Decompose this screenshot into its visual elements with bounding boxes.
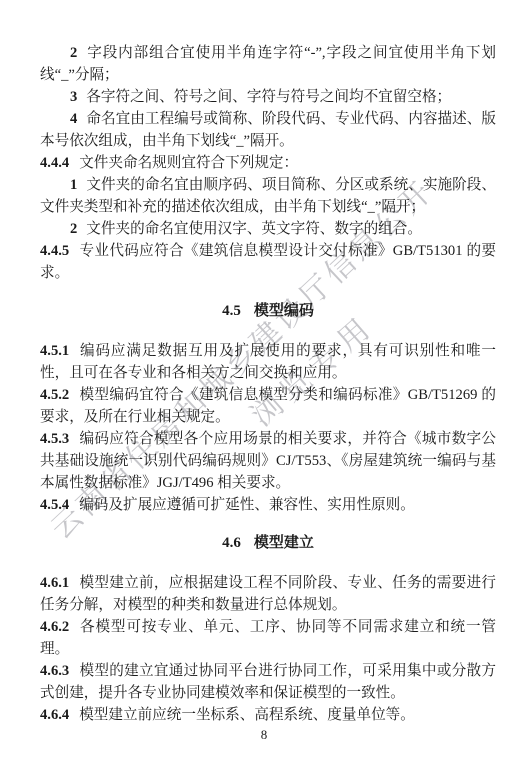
clause-paragraph: 4.6.3模型的建立宜通过协同平台进行协同工作，可采用集中或分散方式创建，提升各… — [40, 660, 496, 704]
item-text: 文件夹的命名宜由顺序码、项目简称、分区或系统、实施阶段、文件夹类型和补充的描述依… — [40, 177, 496, 215]
item-number: 4.5.3 — [40, 431, 69, 447]
item-number: 4.5.1 — [40, 343, 69, 359]
item-number: 4.6.3 — [40, 663, 69, 679]
item-number: 4.5.4 — [40, 497, 69, 513]
clause-paragraph: 4.5.4编码及扩展应遵循可扩延性、兼容性、实用性原则。 — [40, 494, 496, 516]
item-number: 4 — [70, 111, 77, 127]
item-text: 编码应满足数据互用及扩展使用的要求，具有可识别性和唯一性，且可在各专业和各相关方… — [40, 343, 496, 381]
page-number: 8 — [0, 727, 528, 743]
item-text: 模型编码宜符合《建筑信息模型分类和编码标准》GB/T51269 的要求，及所在行… — [40, 387, 496, 425]
section-heading: 4.5模型编码 — [40, 300, 496, 322]
clause-paragraph: 4.6.4模型建立前应统一坐标系、高程系统、度量单位等。 — [40, 704, 496, 726]
section-title: 模型编码 — [254, 303, 314, 319]
item-text: 字段内部组合宜使用半角连字符“-”,字段之间宜使用半角下划线“_”分隔； — [40, 45, 496, 83]
item-number: 4.6.1 — [40, 575, 69, 591]
section-number: 4.6 — [222, 535, 241, 551]
document-page: 云南省住房和城乡建设厅信息公开 浏览专用 2字段内部组合宜使用半角连字符“-”,… — [0, 0, 528, 767]
page-body: 2字段内部组合宜使用半角连字符“-”,字段之间宜使用半角下划线“_”分隔；3各字… — [40, 42, 496, 726]
clause-paragraph: 4.5.3编码应符合模型各个应用场景的相关要求，并符合《城市数字公共基础设施统一… — [40, 428, 496, 494]
item-text: 编码应符合模型各个应用场景的相关要求，并符合《城市数字公共基础设施统一识别代码编… — [40, 431, 496, 491]
item-text: 模型建立前，应根据建设工程不同阶段、专业、任务的需要进行任务分解，对模型的种类和… — [40, 575, 496, 613]
item-number: 4.4.5 — [40, 243, 69, 259]
clause-paragraph: 4.5.2模型编码宜符合《建筑信息模型分类和编码标准》GB/T51269 的要求… — [40, 384, 496, 428]
item-number: 1 — [70, 177, 77, 193]
item-number: 4.6.2 — [40, 619, 69, 635]
item-number: 2 — [70, 221, 77, 237]
item-number: 2 — [70, 45, 77, 61]
list-item: 1文件夹的命名宜由顺序码、项目简称、分区或系统、实施阶段、文件夹类型和补充的描述… — [40, 174, 496, 218]
section-number: 4.5 — [222, 303, 241, 319]
clause-paragraph: 4.4.5专业代码应符合《建筑信息模型设计交付标准》GB/T51301 的要求。 — [40, 240, 496, 284]
clause-paragraph: 4.6.2各模型可按专业、单元、工序、协同等不同需求建立和统一管理。 — [40, 616, 496, 660]
item-text: 模型建立前应统一坐标系、高程系统、度量单位等。 — [79, 707, 415, 723]
item-number: 4.5.2 — [40, 387, 69, 403]
item-number: 4.6.4 — [40, 707, 69, 723]
item-text: 文件夹的命名宜使用汉字、英文字符、数字的组合。 — [86, 221, 422, 237]
clause-paragraph: 4.6.1模型建立前，应根据建设工程不同阶段、专业、任务的需要进行任务分解，对模… — [40, 572, 496, 616]
clause-paragraph: 4.4.4文件夹命名规则宜符合下列规定： — [40, 152, 496, 174]
item-text: 专业代码应符合《建筑信息模型设计交付标准》GB/T51301 的要求。 — [40, 243, 496, 281]
item-number: 3 — [70, 89, 77, 105]
list-item: 4命名宜由工程编号或简称、阶段代码、专业代码、内容描述、版本号依次组成，由半角下… — [40, 108, 496, 152]
item-text: 文件夹命名规则宜符合下列规定： — [79, 155, 298, 171]
section-heading: 4.6模型建立 — [40, 532, 496, 554]
list-item: 2文件夹的命名宜使用汉字、英文字符、数字的组合。 — [40, 218, 496, 240]
list-item: 3各字符之间、符号之间、字符与符号之间均不宜留空格； — [40, 86, 496, 108]
clause-paragraph: 4.5.1编码应满足数据互用及扩展使用的要求，具有可识别性和唯一性，且可在各专业… — [40, 340, 496, 384]
item-text: 编码及扩展应遵循可扩延性、兼容性、实用性原则。 — [79, 497, 415, 513]
item-text: 各字符之间、符号之间、字符与符号之间均不宜留空格； — [86, 89, 451, 105]
item-text: 命名宜由工程编号或简称、阶段代码、专业代码、内容描述、版本号依次组成，由半角下划… — [40, 111, 496, 149]
section-title: 模型建立 — [254, 535, 314, 551]
item-text: 各模型可按专业、单元、工序、协同等不同需求建立和统一管理。 — [40, 619, 496, 657]
item-number: 4.4.4 — [40, 155, 69, 171]
item-text: 模型的建立宜通过协同平台进行协同工作，可采用集中或分散方式创建，提升各专业协同建… — [40, 663, 496, 701]
list-item: 2字段内部组合宜使用半角连字符“-”,字段之间宜使用半角下划线“_”分隔； — [40, 42, 496, 86]
